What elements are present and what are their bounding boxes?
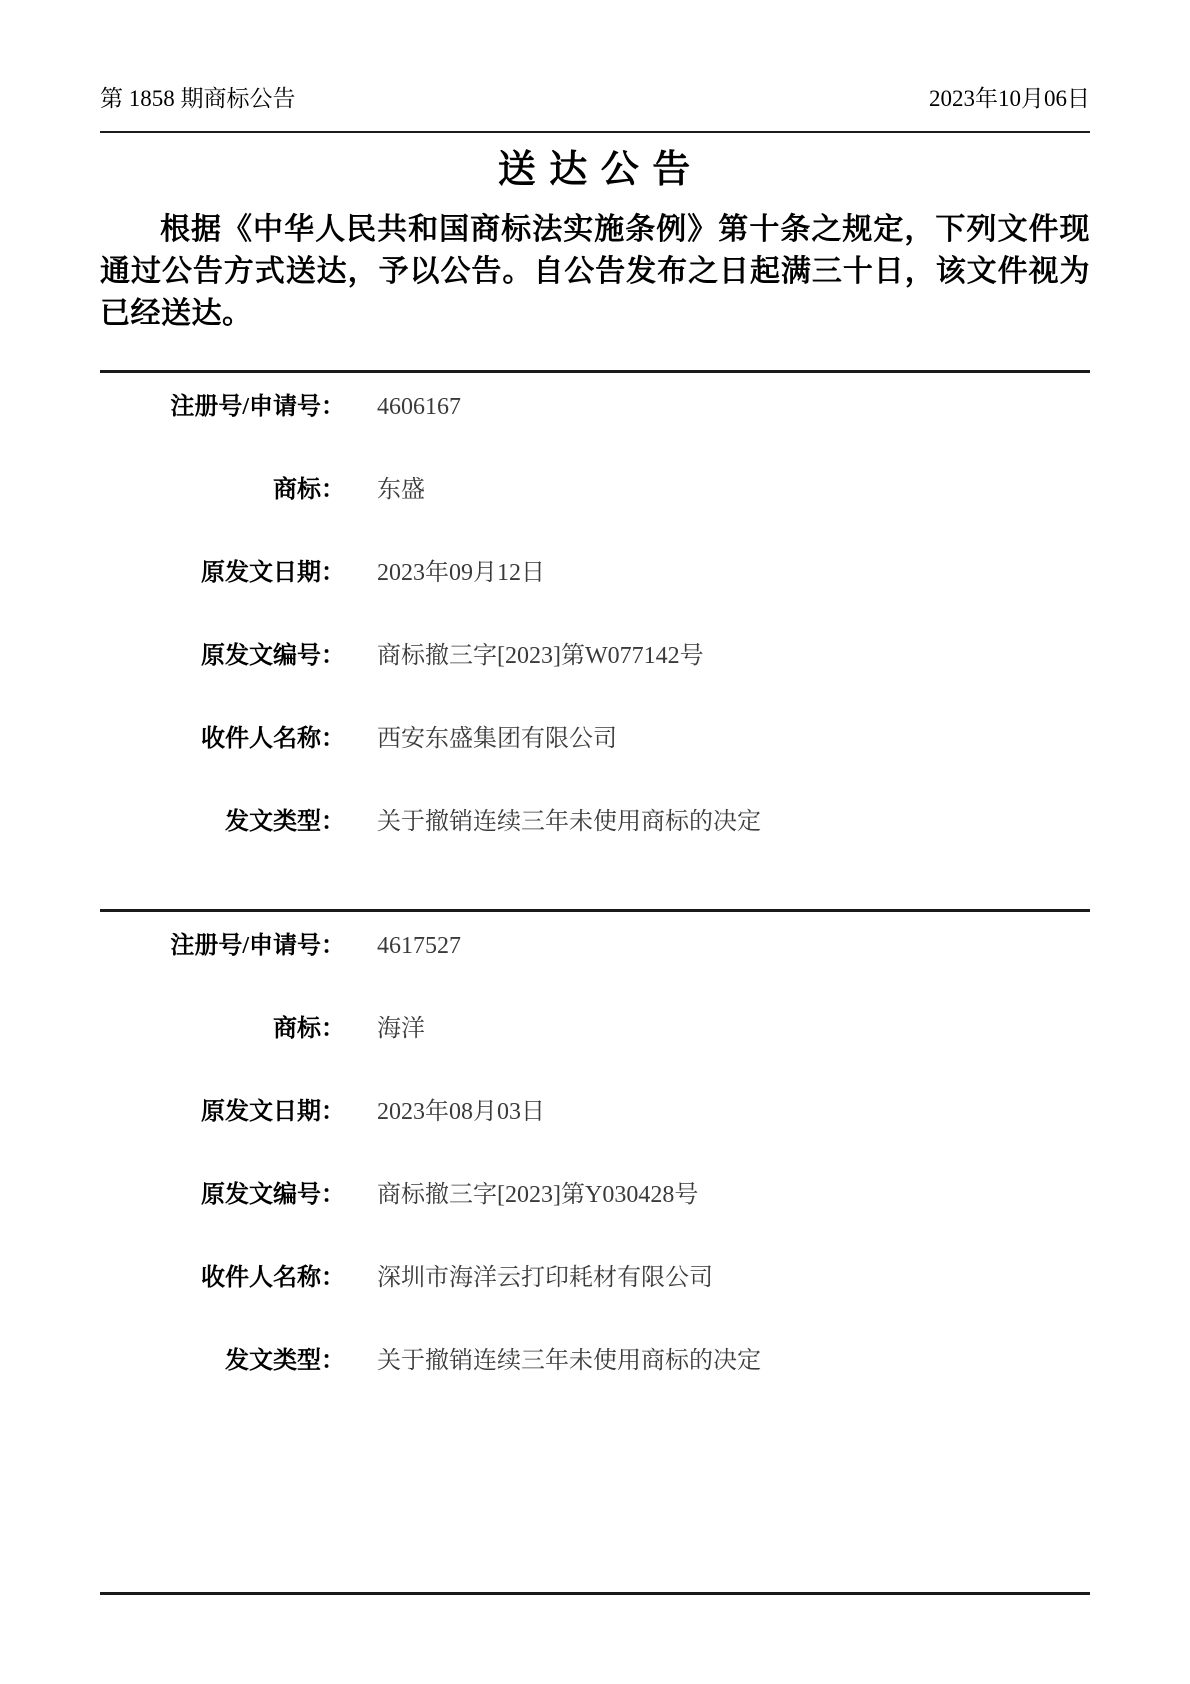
- field-label: 收件人名称：: [100, 1262, 345, 1294]
- field-row-recipient-name: 收件人名称： 深圳市海洋云打印耗材有限公司: [100, 1262, 1090, 1294]
- field-row-original-issue-date: 原发文日期： 2023年09月12日: [100, 557, 1090, 589]
- field-row-document-type: 发文类型： 关于撤销连续三年未使用商标的决定: [100, 1345, 1090, 1377]
- field-label: 商标：: [100, 474, 345, 506]
- field-label: 原发文编号：: [100, 1179, 345, 1211]
- field-row-recipient-name: 收件人名称： 西安东盛集团有限公司: [100, 723, 1090, 755]
- notice-record-2: 注册号/申请号： 4617527 商标： 海洋 原发文日期： 2023年08月0…: [100, 912, 1090, 1377]
- field-label: 原发文日期：: [100, 1096, 345, 1128]
- gazette-issue-label: 第 1858 期商标公告: [100, 86, 296, 112]
- page-title: 送 达 公 告: [100, 146, 1090, 194]
- field-value: 4606167: [377, 391, 461, 423]
- page-bottom-rule: [100, 1592, 1090, 1595]
- field-row-original-issue-date: 原发文日期： 2023年08月03日: [100, 1096, 1090, 1128]
- field-label: 注册号/申请号：: [100, 930, 345, 962]
- publish-date: 2023年10月06日: [929, 86, 1090, 112]
- field-value: 西安东盛集团有限公司: [377, 723, 617, 755]
- field-row-registration-number: 注册号/申请号： 4606167: [100, 391, 1090, 423]
- field-label: 原发文编号：: [100, 640, 345, 672]
- field-value: 商标撤三字[2023]第Y030428号: [377, 1179, 698, 1211]
- field-row-document-type: 发文类型： 关于撤销连续三年未使用商标的决定: [100, 806, 1090, 838]
- field-value: 2023年09月12日: [377, 557, 545, 589]
- field-label: 商标：: [100, 1013, 345, 1045]
- field-label: 发文类型：: [100, 806, 345, 838]
- field-value: 东盛: [377, 474, 425, 506]
- field-value: 深圳市海洋云打印耗材有限公司: [377, 1262, 713, 1294]
- gazette-page: 第 1858 期商标公告 2023年10月06日 送 达 公 告 根据《中华人民…: [0, 0, 1190, 1684]
- field-label: 收件人名称：: [100, 723, 345, 755]
- field-row-trademark: 商标： 东盛: [100, 474, 1090, 506]
- field-value: 关于撤销连续三年未使用商标的决定: [377, 1345, 761, 1377]
- field-value: 商标撤三字[2023]第W077142号: [377, 640, 704, 672]
- field-value: 关于撤销连续三年未使用商标的决定: [377, 806, 761, 838]
- field-value: 4617527: [377, 930, 461, 962]
- header-rule: [100, 131, 1090, 133]
- field-row-trademark: 商标： 海洋: [100, 1013, 1090, 1045]
- intro-paragraph: 根据《中华人民共和国商标法实施条例》第十条之规定，下列文件现通过公告方式送达，予…: [100, 209, 1090, 335]
- field-label: 原发文日期：: [100, 557, 345, 589]
- field-label: 注册号/申请号：: [100, 391, 345, 423]
- field-value: 2023年08月03日: [377, 1096, 545, 1128]
- page-header: 第 1858 期商标公告 2023年10月06日: [100, 86, 1090, 112]
- field-label: 发文类型：: [100, 1345, 345, 1377]
- notice-record-1: 注册号/申请号： 4606167 商标： 东盛 原发文日期： 2023年09月1…: [100, 373, 1090, 838]
- field-row-original-document-number: 原发文编号： 商标撤三字[2023]第W077142号: [100, 640, 1090, 672]
- field-row-registration-number: 注册号/申请号： 4617527: [100, 930, 1090, 962]
- field-row-original-document-number: 原发文编号： 商标撤三字[2023]第Y030428号: [100, 1179, 1090, 1211]
- field-value: 海洋: [377, 1013, 425, 1045]
